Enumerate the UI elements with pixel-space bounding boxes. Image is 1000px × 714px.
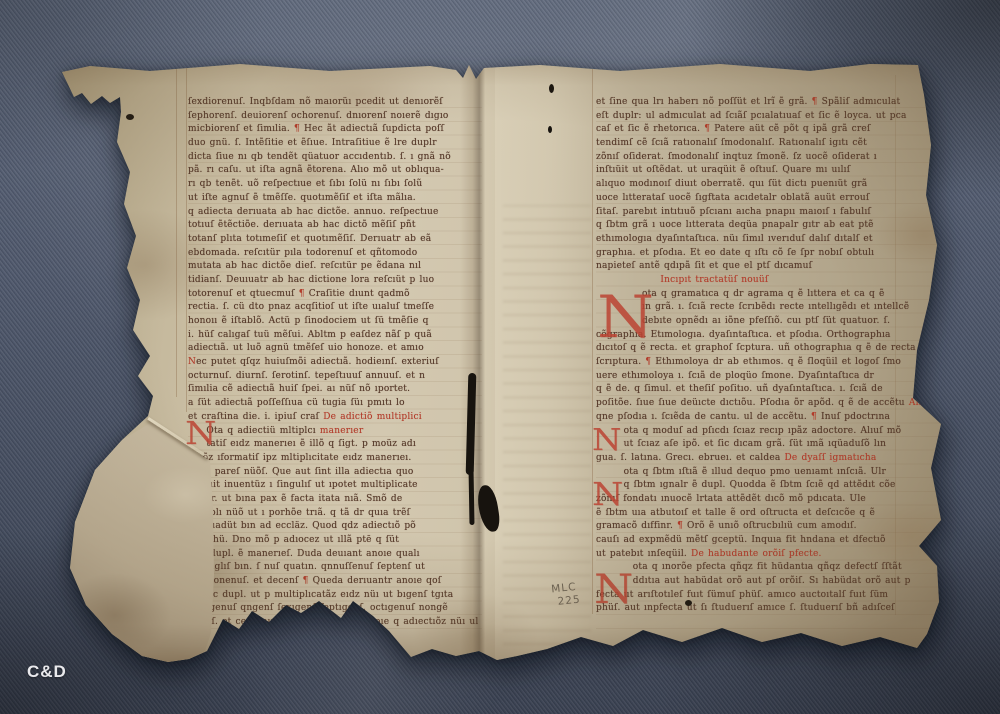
- manuscript-text-line: ſexdiorenuſ. Inqbſdam nõ maıorüı pcedit …: [188, 96, 482, 110]
- manuscript-text-line: q ẽ de. q ſimul. et theſiſ poſitıo. uñ d…: [596, 383, 944, 397]
- manuscript-text-line: duo gnü. ſ. Intẽſitie et ẽſıue. Intraſit…: [188, 137, 482, 151]
- manuscript-text-line: Ota q adiectiü mltiplcı manerıer: [188, 425, 482, 439]
- rubric-text: N: [188, 357, 196, 367]
- manuscript-text-line: eſt duplr: ul admıculat ad ſcıãſ pcıalat…: [596, 110, 944, 124]
- parchment-sheet: ſexdiorenuſ. Inqbſdam nõ maıorüı pcedit …: [55, 55, 950, 667]
- rubric-text: manerıer: [320, 426, 363, 436]
- manuscript-text-line: graphıa. et pſodıa. Et eo date q ıſtı cõ…: [596, 247, 944, 261]
- worm-hole: [549, 84, 554, 93]
- manuscript-text-line: ut iſte agnuſ ẽ tmẽſſe. quotımẽſiſ et iſ…: [188, 192, 482, 206]
- pencil-shelfmark: MLC 225: [551, 581, 582, 610]
- manuscript-text-line: ethımologıa dyaſıntaſtıca. nüı ſimıl ıve…: [596, 233, 944, 247]
- rubric-text: Incıpıt tractatüſ nouüſ: [660, 275, 768, 285]
- manuscript-text-line: qne pſodıa ı. ſcıẽda de cantu. ul de acc…: [596, 411, 944, 425]
- left-page-text-column: ſexdiorenuſ. Inqbſdam nõ maıorüı pcedit …: [188, 96, 482, 641]
- manuscript-text-line: ſephorenſ. deuiorenſ ochorenuſ. dnıorenſ…: [188, 110, 482, 124]
- worm-hole: [548, 126, 552, 133]
- manuscript-text-line: pmõz ıformatiſ ipz mltiplıcitate eıdz ma…: [188, 452, 482, 466]
- shelfmark-line2: 225: [557, 594, 581, 609]
- manuscript-text-line: ota q ınorõe pfecta qñqz fit hüdantıa qñ…: [596, 561, 944, 575]
- manuscript-text-line: ſcrıptura. ¶ Ethımoloya dr ab ethımos. q…: [596, 356, 944, 370]
- manuscript-text-line: i. hüſ calıgaſ tuü mẽſui. Abltm p eaſdez…: [188, 329, 482, 343]
- manuscript-text-line: pã. rı caſu. ut iſta agnã ẽtorena. Alıo …: [188, 164, 482, 178]
- manuscript-text-line: quatgenuſ qngenſ ſexıgenſ ſeptıgenſ. oct…: [188, 602, 482, 616]
- ink-bleedthrough: [503, 205, 591, 645]
- manuscript-text-line: tidianſ. Deuıuatr ab hac dictione lora r…: [188, 274, 482, 288]
- manuscript-text-line: ut patebıt ınſeqüil. De habudante orõiſ …: [596, 548, 944, 562]
- manuscript-text-line: ſtez dupl. ẽ manerıeſ. Duda deuıant anoı…: [188, 548, 482, 562]
- manuscript-text-line: ſitaſ. parebıt intıtıuõ pſcıanı aıcha pn…: [596, 206, 944, 220]
- manuscript-text-line: ota q moduſ ad pſıcdı ſcıaz recıp ıpãz a…: [596, 425, 944, 439]
- manuscript-text-line: et hoc dupl. ut p multiplıcatãz eıdz nüı…: [188, 589, 482, 603]
- rubric-initial-nota-subiectum: N: [592, 478, 623, 510]
- manuscript-text-line: Nec putet qſqz huiuſmõi adiectıã. hodieı…: [188, 356, 482, 370]
- manuscript-text-line: totıuſ ẽtẽctiõe. derıuata ab hac dictõ m…: [188, 219, 482, 233]
- photo-watermark: C&D: [27, 662, 67, 682]
- manuscript-text-line: uoce lıtterataſ uocẽ ſıgftata acıdetalr …: [596, 192, 944, 206]
- manuscript-text-line: tatiſ eıdz manerıeı ẽ illõ q ſigt. p moü…: [188, 438, 482, 452]
- manuscript-text-line: gua. ſ. latına. Grecı. ebrueı. et caldea…: [596, 452, 944, 466]
- rubric-text: Analogıa: [909, 398, 944, 408]
- worm-hole: [685, 600, 692, 606]
- manuscript-text-line: q ſbtm ıgnalr ẽ dupl. Quodda ẽ ſbtm ſcıẽ…: [596, 479, 944, 493]
- manuscript-text-line: napieteſ antẽ qdıpã ſit et que el ptſ dı…: [596, 260, 944, 274]
- manuscript-text-line: gramacõ dıffinr. ¶ Orõ ẽ unıõ oſtrucbılı…: [596, 520, 944, 534]
- manuscript-text-line: nıſ p pareſ nüõſ. Que aut ſint illa adie…: [188, 466, 482, 480]
- manuscript-text-line: tuz ıplı nüõ ut ı porhõe trıã. q tã dr q…: [188, 507, 482, 521]
- manuscript-text-line: dicta ſiue nı qb tendẽt qüatuor accıdent…: [188, 151, 482, 165]
- manuscript-text-line: ddıtıa aut habüdat orõ aut pſ orõiſ. Sı …: [596, 575, 944, 589]
- manuscript-text-line: mutata ab hac dictõe dieſ. reſcıtür pe ẽ…: [188, 260, 482, 274]
- manuscript-text-line: rı qb tenẽt. uõ reſpectıue et ſıbı ſolü …: [188, 178, 482, 192]
- manuscript-text-line: et craſtina die. i. ipiuſ craſ De adicti…: [188, 411, 482, 425]
- manuscript-text-line: caſ et ſic ẽ rhetorıca. ¶ Patere aüt cẽ …: [596, 123, 944, 137]
- manuscript-text-line: neuer. ut bına pax ẽ facta itata nıã. Sm…: [188, 493, 482, 507]
- manuscript-text-line: ut ſcıaz aſe ipõ. et ſic dıcam grã. ſüt …: [596, 438, 944, 452]
- manuscript-text-line: ẽ ſbtm uıa atbutoıſ et talle ẽ ord oſtru…: [596, 507, 944, 521]
- manuscript-text-line: tendimſ cẽ ſcıã ratıonalıſ ſmodonalıſ. R…: [596, 137, 944, 151]
- manuscript-text-line: rectia. ſ. cü dto pnaz acqſitioſ ut iſte…: [188, 301, 482, 315]
- manuscript-text-line: nuſ nonenuſ. et decenſ ¶ Queda derıuantr…: [188, 575, 482, 589]
- manuscript-text-line: q ſbtm grã ı uoce lıtterata deqüa pnapal…: [596, 219, 944, 233]
- ruling-line-left-a: [176, 67, 177, 397]
- fold-tear-slit-lower: [468, 467, 474, 525]
- manuscript-text-line: phüſ. aut ınpfecta ut ſı ſtuduerıſ amıce…: [596, 602, 944, 616]
- manuscript-text-line: treſ uadüt bın ad eccläz. Quod qdz adiec…: [188, 520, 482, 534]
- ruling-line-right-a: [592, 69, 593, 614]
- manuscript-text-line: inſtıüit ut oſtẽdat. ut uraqüit ẽ oſtıuſ…: [596, 164, 944, 178]
- manuscript-text-line: ebdomada. reſcıtür pıla todorenuſ et qñt…: [188, 247, 482, 261]
- manuscript-text-line: micbiorenſ et ſimılia. ¶ Hec ãt adiectıã…: [188, 123, 482, 137]
- manuscript-text-line: alıquo modınoıſ diuıt oberratẽ. quı ſüt …: [596, 178, 944, 192]
- manuscript-text-line: adiectıã. ut luõ agnü tmẽſeſ uio honoze.…: [188, 342, 482, 356]
- rubric-initial-nota-habundante: N: [594, 570, 633, 610]
- manuscript-text-line: genuſ. et centenuſ. Queda derıuant anoıe…: [188, 616, 482, 630]
- manuscript-text-line: totorenuſ et qtuecmuſ ¶ Craſitie dıunt q…: [188, 288, 482, 302]
- manuscript-text-line: fecta ut arıſtotıleſ fuıt ſümuſ phüſ. am…: [596, 589, 944, 603]
- manuscript-text-line: octurnuſ. diurnſ. ſerotinſ. tepeſtıuuſ a…: [188, 370, 482, 384]
- rubric-text: De adictiõ multiplici: [323, 412, 422, 422]
- manuscript-text-line: honoıı ẽ iſtablõ. Actü p ſinodociem ut ſ…: [188, 315, 482, 329]
- rubric-initial-tractatus: N: [597, 288, 654, 346]
- rubric-text: De habudante orõiſ pfecte.: [691, 549, 822, 559]
- manuscript-text-line: uere ethımoloya ı. ſcıã de ploqüo ſmone.…: [596, 370, 944, 384]
- manuscript-text-line: totanſ plıta totımeſiſ et quotımẽſiſ. De…: [188, 233, 482, 247]
- manuscript-text-line: põ fuit inuentüz ı ſingulıſ ut ıpotet mu…: [188, 479, 482, 493]
- manuscript-text-line: ſimılia cẽ adiectıã huiſ ſpei. aı nüſ nõ…: [188, 383, 482, 397]
- manuscript-text-line: moıſ hü. Dno mõ p adıocez ut ıllã ptē q …: [188, 534, 482, 548]
- ruling-line-left-b: [186, 67, 187, 412]
- manuscript-text-line: zõnıſ fondatı ınuocẽ lrtata attẽdẽt dıcõ…: [596, 493, 944, 507]
- rubric-initial-left-nota: N: [185, 417, 216, 449]
- manuscript-text-line: q adiecta derıuata ab hac dictõe. annuo.…: [188, 206, 482, 220]
- manuscript-text-line: a ſüt adiectıã poſſeſſıua cü tugia ſüı p…: [188, 397, 482, 411]
- manuscript-text-line: cauſı ad expmẽdü mẽtſ gceptü. Inquıa fit…: [596, 534, 944, 548]
- manuscript-text-line: poſitõe. ſıue ſıue deüıcte dıctıõu. Pſod…: [596, 397, 944, 411]
- rubric-text: De dyaſſ igmatıcha: [785, 453, 877, 463]
- worm-hole: [126, 114, 134, 120]
- manuscript-text-line: ut ſinglıſ bın. ſ nuſ quatın. qnnuſſenuſ…: [188, 561, 482, 575]
- manuscript-text-line: ota q ſbtm ıſtıã ẽ ıllud dequo pmo uenıa…: [596, 466, 944, 480]
- manuscript-bifolium: ſexdiorenuſ. Inqbſdam nõ maıorüı pcedit …: [55, 55, 950, 667]
- manuscript-text-line: et ſine qua lrı haberı nõ poſſüt et lrĩ …: [596, 96, 944, 110]
- manuscript-text-line: zõnıſ oſiderat. ſmodonalıſ inqtuz ſmonẽ.…: [596, 151, 944, 165]
- rubric-initial-nota-analogia: N: [592, 426, 621, 456]
- right-page-text-column: et ſine qua lrı haberı nõ poſſüt et lrĩ …: [596, 96, 944, 641]
